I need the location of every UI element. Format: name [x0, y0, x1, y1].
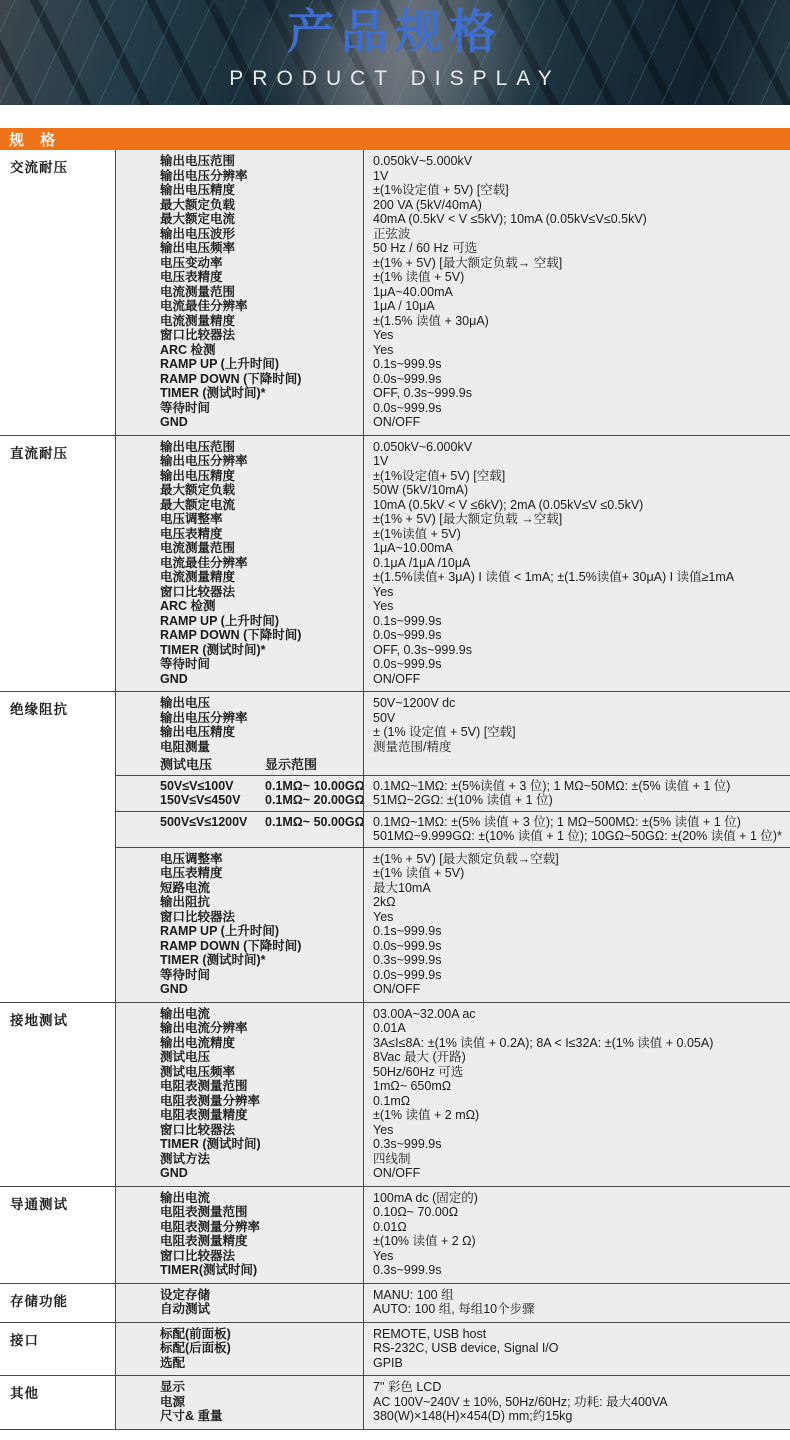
- spec-row: 最大额定负载50W (5kV/10mA): [116, 483, 790, 498]
- spec-param-value: 0.0s~999.9s: [364, 968, 790, 983]
- spec-param-value: 正弦波: [364, 227, 790, 242]
- spec-param-label: GND: [116, 982, 364, 997]
- display-range-cell: 0.1MΩ~ 10.00GΩ0.1MΩ~ 20.00GΩ: [265, 779, 365, 808]
- spec-param-label: 电阻表测量分辨率: [116, 1220, 364, 1235]
- spec-param-label: 标配(前面板): [116, 1327, 364, 1342]
- spec-param-label: 设定存储: [116, 1288, 364, 1303]
- spec-param-label: 最大额定电流: [116, 212, 364, 227]
- spec-row: 等待时间0.0s~999.9s: [116, 968, 790, 983]
- spec-param-value: 1μA~10.00mA: [364, 541, 790, 556]
- spec-param-label: 电流测量精度: [116, 570, 364, 585]
- test-voltage-cell: 50V≤V≤100V150V≤V≤450V: [116, 779, 265, 808]
- spec-row: TIMER (测试时间)*0.3s~999.9s: [116, 953, 790, 968]
- spec-param-value: MANU: 100 组: [364, 1288, 790, 1303]
- section-name: 绝缘阻抗: [0, 692, 116, 1002]
- spec-param-label: 输出电压精度: [116, 469, 364, 484]
- spec-param-value: ±(1% 读值 + 5V): [364, 270, 790, 285]
- spec-row: 等待时间0.0s~999.9s: [116, 657, 790, 672]
- spec-param-label: 输出电压精度: [116, 725, 364, 740]
- spec-param-label: 窗口比较器法: [116, 910, 364, 925]
- spec-param-label: 输出电压波形: [116, 227, 364, 242]
- spec-param-label: 输出阻抗: [116, 895, 364, 910]
- spec-row: 输出电压50V~1200V dc: [116, 696, 790, 711]
- spec-param-label: GND: [116, 415, 364, 430]
- header-gap: [0, 105, 790, 128]
- spec-param-label: 电压表精度: [116, 527, 364, 542]
- spec-row: 电压表精度±(1% 读值 + 5V): [116, 270, 790, 285]
- spec-param-value: 0.050kV~5.000kV: [364, 154, 790, 169]
- spec-section-bar: 规 格: [0, 128, 790, 150]
- spec-row: 测试方法四线制: [116, 1152, 790, 1167]
- spec-param-label: 标配(后面板): [116, 1341, 364, 1356]
- spec-row: 标配(后面板)RS-232C, USB device, Signal I/O: [116, 1341, 790, 1356]
- spec-param-value: ON/OFF: [364, 672, 790, 687]
- spec-param-label: RAMP DOWN (下降时间): [116, 372, 364, 387]
- test-voltage-range: 500V≤V≤1200V: [116, 815, 265, 830]
- spec-param-value: AUTO: 100 组, 每组10个步骤: [364, 1302, 790, 1317]
- spec-row: 尺寸& 重量380(W)×148(H)×454(D) mm;约15kg: [116, 1409, 790, 1424]
- spec-param-label: 电流最佳分辨率: [116, 299, 364, 314]
- spec-row: 输出电压范围0.050kV~6.000kV: [116, 440, 790, 455]
- spec-param-label: 电阻表测量范围: [116, 1205, 364, 1220]
- spec-param-label: 窗口比较器法: [116, 1123, 364, 1138]
- spec-row: 电阻表测量分辨率0.1mΩ: [116, 1094, 790, 1109]
- spec-row: 输出电流精度3A≤I≤8A: ±(1% 读值 + 0.2A); 8A < I≤3…: [116, 1036, 790, 1051]
- spec-param-label: 窗口比较器法: [116, 328, 364, 343]
- spec-param-value: Yes: [364, 328, 790, 343]
- display-range: 0.1MΩ~ 50.00GΩ: [265, 815, 365, 830]
- spec-section: 接口标配(前面板)REMOTE, USB host标配(后面板)RS-232C,…: [0, 1323, 790, 1377]
- spec-param-label: 电流最佳分辨率: [116, 556, 364, 571]
- spec-row: 输出电压精度±(1%设定值 + 5V) [空载]: [116, 183, 790, 198]
- spec-row: 输出电压精度± (1% 设定值 + 5V) [空载]: [116, 725, 790, 740]
- spec-row: GNDON/OFF: [116, 1166, 790, 1181]
- spec-section: 绝缘阻抗输出电压50V~1200V dc输出电压分辨率50V输出电压精度± (1…: [0, 692, 790, 1003]
- spec-param-value: 2kΩ: [364, 895, 790, 910]
- spec-row: 输出电压分辨率50V: [116, 711, 790, 726]
- spec-section: 存储功能设定存储MANU: 100 组自动测试AUTO: 100 组, 每组10…: [0, 1284, 790, 1323]
- section-body: 设定存储MANU: 100 组自动测试AUTO: 100 组, 每组10个步骤: [116, 1284, 790, 1322]
- spec-param-value: OFF, 0.3s~999.9s: [364, 643, 790, 658]
- spec-param-value: 8Vac 最大 (开路): [364, 1050, 790, 1065]
- spec-param-label: 等待时间: [116, 401, 364, 416]
- spec-param-label: GND: [116, 1166, 364, 1181]
- accuracy-spec: 501MΩ~9.999GΩ: ±(10% 读值 + 1 位); 10GΩ~50G…: [373, 829, 790, 844]
- spec-row: GNDON/OFF: [116, 672, 790, 687]
- spec-param-value: ±(10% 读值 + 2 Ω): [364, 1234, 790, 1249]
- subtable-header-test-voltage: 测试电压: [116, 758, 265, 773]
- section-body: 输出电压50V~1200V dc输出电压分辨率50V输出电压精度± (1% 设定…: [116, 692, 790, 1002]
- spec-param-label: RAMP DOWN (下降时间): [116, 939, 364, 954]
- spec-row: 短路电流最大10mA: [116, 881, 790, 896]
- spec-param-value: 0.0s~999.9s: [364, 372, 790, 387]
- spec-row: 电阻表测量精度±(1% 读值 + 2 mΩ): [116, 1108, 790, 1123]
- spec-param-value: ±(1% 读值 + 5V): [364, 866, 790, 881]
- spec-section: 导通测试输出电流100mA dc (固定的)电阻表测量范围0.10Ω~ 70.0…: [0, 1187, 790, 1284]
- spec-param-value: 0.0s~999.9s: [364, 401, 790, 416]
- spec-row: RAMP UP (上升时间)0.1s~999.9s: [116, 924, 790, 939]
- spec-param-label: 电压表精度: [116, 866, 364, 881]
- page-subtitle: PRODUCT DISPLAY: [0, 67, 790, 91]
- spec-row: TIMER (测试时间)*OFF, 0.3s~999.9s: [116, 386, 790, 401]
- subtable-row-left: 500V≤V≤1200V0.1MΩ~ 50.00GΩ: [116, 815, 364, 844]
- spec-param-value: 200 VA (5kV/40mA): [364, 198, 790, 213]
- spec-param-label: 电流测量范围: [116, 285, 364, 300]
- spec-row: 自动测试AUTO: 100 组, 每组10个步骤: [116, 1302, 790, 1317]
- spec-param-value: 0.1mΩ: [364, 1094, 790, 1109]
- spec-param-label: 自动测试: [116, 1302, 364, 1317]
- spec-param-label: 电压表精度: [116, 270, 364, 285]
- spec-param-value: 1μA / 10μA: [364, 299, 790, 314]
- spec-param-label: 输出电压分辨率: [116, 454, 364, 469]
- spec-param-label: 窗口比较器法: [116, 1249, 364, 1264]
- spec-param-value: 0.1μA /1μA /10μA: [364, 556, 790, 571]
- spec-param-value: ±(1% + 5V) [最大额定负载 →空载]: [364, 512, 790, 527]
- spec-param-label: 电阻表测量精度: [116, 1234, 364, 1249]
- spec-param-label: 尺寸& 重量: [116, 1409, 364, 1424]
- spec-row: RAMP DOWN (下降时间)0.0s~999.9s: [116, 939, 790, 954]
- spec-row: 窗口比较器法Yes: [116, 1249, 790, 1264]
- spec-param-label: TIMER (测试时间)*: [116, 953, 364, 968]
- spec-param-label: 输出电压频率: [116, 241, 364, 256]
- spec-row: 电压调整率±(1% + 5V) [最大额定负载 →空载]: [116, 512, 790, 527]
- spec-param-label: 输出电压范围: [116, 440, 364, 455]
- section-body: 显示7" 彩色 LCD电源AC 100V~240V ± 10%, 50Hz/60…: [116, 1376, 790, 1429]
- spec-param-label: 窗口比较器法: [116, 585, 364, 600]
- spec-param-label: 电流测量范围: [116, 541, 364, 556]
- spec-param-label: 短路电流: [116, 881, 364, 896]
- spec-row: 输出电流03.00A~32.00A ac: [116, 1007, 790, 1022]
- section-body: 输出电压范围0.050kV~5.000kV输出电压分辨率1V输出电压精度±(1%…: [116, 150, 790, 435]
- test-voltage-range: 50V≤V≤100V: [116, 779, 265, 794]
- spec-param-label: RAMP UP (上升时间): [116, 357, 364, 372]
- spec-param-value: ON/OFF: [364, 415, 790, 430]
- spec-row: 输出电流100mA dc (固定的): [116, 1191, 790, 1206]
- subtable-row: 50V≤V≤100V150V≤V≤450V0.1MΩ~ 10.00GΩ0.1MΩ…: [116, 776, 790, 812]
- subtable-row: 500V≤V≤1200V0.1MΩ~ 50.00GΩ0.1MΩ~1MΩ: ±(5…: [116, 812, 790, 848]
- section-body: 标配(前面板)REMOTE, USB host标配(后面板)RS-232C, U…: [116, 1323, 790, 1376]
- spec-row: 电阻表测量范围0.10Ω~ 70.00Ω: [116, 1205, 790, 1220]
- spec-param-value: Yes: [364, 910, 790, 925]
- spec-row: 输出电压范围0.050kV~5.000kV: [116, 154, 790, 169]
- spec-row: 最大额定电流40mA (0.5kV < V ≤5kV); 10mA (0.05k…: [116, 212, 790, 227]
- spec-param-value: RS-232C, USB device, Signal I/O: [364, 1341, 790, 1356]
- spec-row: 显示7" 彩色 LCD: [116, 1380, 790, 1395]
- spec-param-value: Yes: [364, 1249, 790, 1264]
- spec-param-value: 0.0s~999.9s: [364, 939, 790, 954]
- spec-param-label: 电阻表测量精度: [116, 1108, 364, 1123]
- section-body: 输出电压范围0.050kV~6.000kV输出电压分辨率1V输出电压精度±(1%…: [116, 436, 790, 692]
- spec-param-value: 1μA~40.00mA: [364, 285, 790, 300]
- subtable-header-row: 测试电压显示范围: [116, 755, 790, 776]
- spec-param-label: 等待时间: [116, 968, 364, 983]
- spec-row: 输出电压精度±(1%设定值+ 5V) [空载]: [116, 469, 790, 484]
- column-divider-1: [115, 150, 116, 1429]
- section-name: 其他: [0, 1376, 116, 1429]
- spec-param-value: REMOTE, USB host: [364, 1327, 790, 1342]
- spec-param-value: ± (1% 设定值 + 5V) [空载]: [364, 725, 790, 740]
- spec-param-value: ±(1%读值 + 5V): [364, 527, 790, 542]
- spec-param-value: ON/OFF: [364, 982, 790, 997]
- spec-param-label: 最大额定负载: [116, 198, 364, 213]
- spec-param-label: 最大额定电流: [116, 498, 364, 513]
- spec-param-label: ARC 检测: [116, 599, 364, 614]
- accuracy-spec: 0.1MΩ~1MΩ: ±(5% 读值 + 3 位); 1 MΩ~500MΩ: ±…: [373, 815, 790, 830]
- accuracy-spec: 0.1MΩ~1MΩ: ±(5%读值 + 3 位); 1 MΩ~50MΩ: ±(5…: [373, 779, 790, 794]
- display-range: 0.1MΩ~ 20.00GΩ: [265, 793, 365, 808]
- spec-table: 交流耐压输出电压范围0.050kV~5.000kV输出电压分辨率1V输出电压精度…: [0, 150, 790, 1430]
- section-name: 接口: [0, 1323, 116, 1376]
- spec-row: 窗口比较器法Yes: [116, 910, 790, 925]
- spec-row: GNDON/OFF: [116, 415, 790, 430]
- spec-param-label: 电阻测量: [116, 740, 364, 755]
- spec-param-value: 测量范围/精度: [364, 740, 790, 755]
- spec-param-label: TIMER(测试时间): [116, 1263, 364, 1278]
- spec-param-label: 测试电压频率: [116, 1065, 364, 1080]
- column-divider-2: [363, 150, 364, 1429]
- spec-param-label: 电源: [116, 1395, 364, 1410]
- spec-param-label: TIMER (测试时间)*: [116, 386, 364, 401]
- spec-param-label: RAMP UP (上升时间): [116, 924, 364, 939]
- spec-param-label: RAMP UP (上升时间): [116, 614, 364, 629]
- spec-param-label: 电阻表测量分辨率: [116, 1094, 364, 1109]
- spec-row: TIMER (测试时间)*OFF, 0.3s~999.9s: [116, 643, 790, 658]
- section-name: 导通测试: [0, 1187, 116, 1283]
- spec-row: 输出电压分辨率1V: [116, 169, 790, 184]
- spec-row: 窗口比较器法Yes: [116, 1123, 790, 1138]
- spec-section: 交流耐压输出电压范围0.050kV~5.000kV输出电压分辨率1V输出电压精度…: [0, 150, 790, 436]
- section-body-continued: 电压调整率±(1% + 5V) [最大额定负载→空载]电压表精度±(1% 读值 …: [116, 848, 790, 997]
- spec-row: RAMP DOWN (下降时间)0.0s~999.9s: [116, 372, 790, 387]
- subtable-row-left: 50V≤V≤100V150V≤V≤450V0.1MΩ~ 10.00GΩ0.1MΩ…: [116, 779, 364, 808]
- spec-param-value: 50Hz/60Hz 可选: [364, 1065, 790, 1080]
- spec-row: 测试电压8Vac 最大 (开路): [116, 1050, 790, 1065]
- spec-param-value: 0.3s~999.9s: [364, 1137, 790, 1152]
- spec-param-value: 1V: [364, 169, 790, 184]
- section-name: 存储功能: [0, 1284, 116, 1322]
- spec-param-label: 电压调整率: [116, 852, 364, 867]
- spec-row: 输出电压分辨率1V: [116, 454, 790, 469]
- spec-param-label: GND: [116, 672, 364, 687]
- spec-param-label: 选配: [116, 1356, 364, 1371]
- spec-row: 设定存储MANU: 100 组: [116, 1288, 790, 1303]
- spec-row: 标配(前面板)REMOTE, USB host: [116, 1327, 790, 1342]
- spec-param-value: 0.3s~999.9s: [364, 953, 790, 968]
- spec-param-value: 四线制: [364, 1152, 790, 1167]
- test-voltage-range: 150V≤V≤450V: [116, 793, 265, 808]
- section-body: 输出电流100mA dc (固定的)电阻表测量范围0.10Ω~ 70.00Ω电阻…: [116, 1187, 790, 1283]
- spec-param-value: 1V: [364, 454, 790, 469]
- section-name: 交流耐压: [0, 150, 116, 435]
- spec-param-value: 03.00A~32.00A ac: [364, 1007, 790, 1022]
- spec-param-value: 0.10Ω~ 70.00Ω: [364, 1205, 790, 1220]
- spec-param-value: Yes: [364, 343, 790, 358]
- spec-param-label: 测试电压: [116, 1050, 364, 1065]
- spec-row: 电压表精度±(1%读值 + 5V): [116, 527, 790, 542]
- spec-param-value: ±(1% 读值 + 2 mΩ): [364, 1108, 790, 1123]
- spec-param-value: 0.3s~999.9s: [364, 1263, 790, 1278]
- spec-bar-label: 规 格: [9, 129, 61, 150]
- section-name: 接地测试: [0, 1003, 116, 1186]
- spec-param-label: TIMER (测试时间)*: [116, 643, 364, 658]
- spec-param-value: 10mA (0.5kV < V ≤6kV); 2mA (0.05kV≤V ≤0.…: [364, 498, 790, 513]
- spec-param-label: 电压变动率: [116, 256, 364, 271]
- spec-param-value: 100mA dc (固定的): [364, 1191, 790, 1206]
- spec-param-value: 0.01A: [364, 1021, 790, 1036]
- spec-param-label: 输出电流: [116, 1191, 364, 1206]
- spec-row: 输出电压频率50 Hz / 60 Hz 可选: [116, 241, 790, 256]
- spec-row: 输出电流分辨率0.01A: [116, 1021, 790, 1036]
- spec-row: 测试电压频率50Hz/60Hz 可选: [116, 1065, 790, 1080]
- spec-row: 电压调整率±(1% + 5V) [最大额定负载→空载]: [116, 852, 790, 867]
- spec-row: 窗口比较器法Yes: [116, 328, 790, 343]
- spec-param-label: ARC 检测: [116, 343, 364, 358]
- subtable-header-spacer: [364, 758, 790, 773]
- spec-row: 电流测量精度±(1.5% 读值 + 30μA): [116, 314, 790, 329]
- spec-row: 等待时间0.0s~999.9s: [116, 401, 790, 416]
- spec-sheet-page: 产品规格 PRODUCT DISPLAY 规 格 交流耐压输出电压范围0.050…: [0, 0, 790, 1440]
- spec-row: RAMP UP (上升时间)0.1s~999.9s: [116, 614, 790, 629]
- spec-row: 选配GPIB: [116, 1356, 790, 1371]
- section-name: 直流耐压: [0, 436, 116, 692]
- spec-row: 电阻表测量范围1mΩ~ 650mΩ: [116, 1079, 790, 1094]
- spec-param-value: ±(1%设定值+ 5V) [空载]: [364, 469, 790, 484]
- section-body: 输出电流03.00A~32.00A ac输出电流分辨率0.01A输出电流精度3A…: [116, 1003, 790, 1186]
- spec-param-label: 最大额定负载: [116, 483, 364, 498]
- spec-param-value: 40mA (0.5kV < V ≤5kV); 10mA (0.05kV≤V≤0.…: [364, 212, 790, 227]
- spec-param-label: 电压调整率: [116, 512, 364, 527]
- spec-param-value: 50V: [364, 711, 790, 726]
- spec-param-label: 等待时间: [116, 657, 364, 672]
- spec-param-value: 0.1s~999.9s: [364, 614, 790, 629]
- spec-row: GNDON/OFF: [116, 982, 790, 997]
- spec-param-value: ±(1% + 5V) [最大额定负载→ 空载]: [364, 256, 790, 271]
- spec-param-label: 测试方法: [116, 1152, 364, 1167]
- hero-banner: 产品规格 PRODUCT DISPLAY: [0, 0, 790, 105]
- spec-param-value: ±(1%设定值 + 5V) [空载]: [364, 183, 790, 198]
- spec-param-value: ON/OFF: [364, 1166, 790, 1181]
- spec-row: 输出阻抗2kΩ: [116, 895, 790, 910]
- spec-row: RAMP UP (上升时间)0.1s~999.9s: [116, 357, 790, 372]
- spec-row: 电源AC 100V~240V ± 10%, 50Hz/60Hz; 功耗: 最大4…: [116, 1395, 790, 1410]
- display-range-cell: 0.1MΩ~ 50.00GΩ: [265, 815, 365, 844]
- spec-param-value: 7" 彩色 LCD: [364, 1380, 790, 1395]
- spec-param-label: 输出电压: [116, 696, 364, 711]
- spec-param-value: 0.01Ω: [364, 1220, 790, 1235]
- spec-param-label: 输出电流: [116, 1007, 364, 1022]
- spec-row: TIMER (测试时间)0.3s~999.9s: [116, 1137, 790, 1152]
- accuracy-cell: 0.1MΩ~1MΩ: ±(5% 读值 + 3 位); 1 MΩ~500MΩ: ±…: [364, 815, 790, 844]
- spec-param-value: 最大10mA: [364, 881, 790, 896]
- spec-row: RAMP DOWN (下降时间)0.0s~999.9s: [116, 628, 790, 643]
- spec-row: 电压表精度±(1% 读值 + 5V): [116, 866, 790, 881]
- spec-param-value: Yes: [364, 585, 790, 600]
- spec-param-value: ±(1.5% 读值 + 30μA): [364, 314, 790, 329]
- spec-row: 电流测量精度±(1.5%读值+ 3μA) I 读值 < 1mA; ±(1.5%读…: [116, 570, 790, 585]
- spec-param-label: 输出电流分辨率: [116, 1021, 364, 1036]
- spec-param-label: 输出电压分辨率: [116, 169, 364, 184]
- accuracy-cell: 0.1MΩ~1MΩ: ±(5%读值 + 3 位); 1 MΩ~50MΩ: ±(5…: [364, 779, 790, 808]
- spec-row: 电压变动率±(1% + 5V) [最大额定负载→ 空载]: [116, 256, 790, 271]
- spec-param-value: AC 100V~240V ± 10%, 50Hz/60Hz; 功耗: 最大400…: [364, 1395, 790, 1410]
- spec-section: 接地测试输出电流03.00A~32.00A ac输出电流分辨率0.01A输出电流…: [0, 1003, 790, 1187]
- spec-param-value: 50V~1200V dc: [364, 696, 790, 711]
- subtable-header-display-range: 显示范围: [265, 758, 364, 773]
- spec-row: 电阻表测量精度±(10% 读值 + 2 Ω): [116, 1234, 790, 1249]
- spec-param-label: 输出电压分辨率: [116, 711, 364, 726]
- spec-row: 电流测量范围1μA~40.00mA: [116, 285, 790, 300]
- spec-param-label: 显示: [116, 1380, 364, 1395]
- spec-param-value: 50 Hz / 60 Hz 可选: [364, 241, 790, 256]
- spec-section: 其他显示7" 彩色 LCD电源AC 100V~240V ± 10%, 50Hz/…: [0, 1376, 790, 1429]
- spec-param-value: 1mΩ~ 650mΩ: [364, 1079, 790, 1094]
- spec-param-value: 3A≤I≤8A: ±(1% 读值 + 0.2A); 8A < I≤32A: ±(…: [364, 1036, 790, 1051]
- spec-row: TIMER(测试时间)0.3s~999.9s: [116, 1263, 790, 1278]
- spec-param-value: ±(1.5%读值+ 3μA) I 读值 < 1mA; ±(1.5%读值+ 30μ…: [364, 570, 790, 585]
- spec-param-label: RAMP DOWN (下降时间): [116, 628, 364, 643]
- spec-row: 电流最佳分辨率0.1μA /1μA /10μA: [116, 556, 790, 571]
- spec-param-value: OFF, 0.3s~999.9s: [364, 386, 790, 401]
- page-title: 产品规格: [0, 2, 790, 62]
- spec-row: 窗口比较器法Yes: [116, 585, 790, 600]
- spec-row: 最大额定负载200 VA (5kV/40mA): [116, 198, 790, 213]
- spec-param-label: 电阻表测量范围: [116, 1079, 364, 1094]
- spec-row: 电阻测量测量范围/精度: [116, 740, 790, 755]
- spec-param-label: 输出电压范围: [116, 154, 364, 169]
- spec-param-value: ±(1% + 5V) [最大额定负载→空载]: [364, 852, 790, 867]
- spec-row: ARC 检测Yes: [116, 599, 790, 614]
- spec-param-value: 0.0s~999.9s: [364, 657, 790, 672]
- spec-param-label: 输出电流精度: [116, 1036, 364, 1051]
- spec-param-value: 0.1s~999.9s: [364, 357, 790, 372]
- spec-param-value: 50W (5kV/10mA): [364, 483, 790, 498]
- spec-param-label: TIMER (测试时间): [116, 1137, 364, 1152]
- spec-row: 电阻表测量分辨率0.01Ω: [116, 1220, 790, 1235]
- spec-param-value: GPIB: [364, 1356, 790, 1371]
- spec-row: 输出电压波形正弦波: [116, 227, 790, 242]
- test-voltage-cell: 500V≤V≤1200V: [116, 815, 265, 844]
- spec-row: ARC 检测Yes: [116, 343, 790, 358]
- spec-param-label: 输出电压精度: [116, 183, 364, 198]
- spec-param-value: Yes: [364, 599, 790, 614]
- spec-param-label: 电流测量精度: [116, 314, 364, 329]
- display-range: 0.1MΩ~ 10.00GΩ: [265, 779, 365, 794]
- spec-row: 最大额定电流10mA (0.5kV < V ≤6kV); 2mA (0.05kV…: [116, 498, 790, 513]
- spec-param-value: 380(W)×148(H)×454(D) mm;约15kg: [364, 1409, 790, 1424]
- accuracy-spec: 51MΩ~2GΩ: ±(10% 读值 + 1 位): [373, 793, 790, 808]
- spec-row: 电流最佳分辨率1μA / 10μA: [116, 299, 790, 314]
- spec-param-value: 0.0s~999.9s: [364, 628, 790, 643]
- subtable-header-left: 测试电压显示范围: [116, 758, 364, 773]
- spec-row: 电流测量范围1μA~10.00mA: [116, 541, 790, 556]
- spec-section: 直流耐压输出电压范围0.050kV~6.000kV输出电压分辨率1V输出电压精度…: [0, 436, 790, 693]
- spec-param-value: Yes: [364, 1123, 790, 1138]
- spec-param-value: 0.050kV~6.000kV: [364, 440, 790, 455]
- spec-param-value: 0.1s~999.9s: [364, 924, 790, 939]
